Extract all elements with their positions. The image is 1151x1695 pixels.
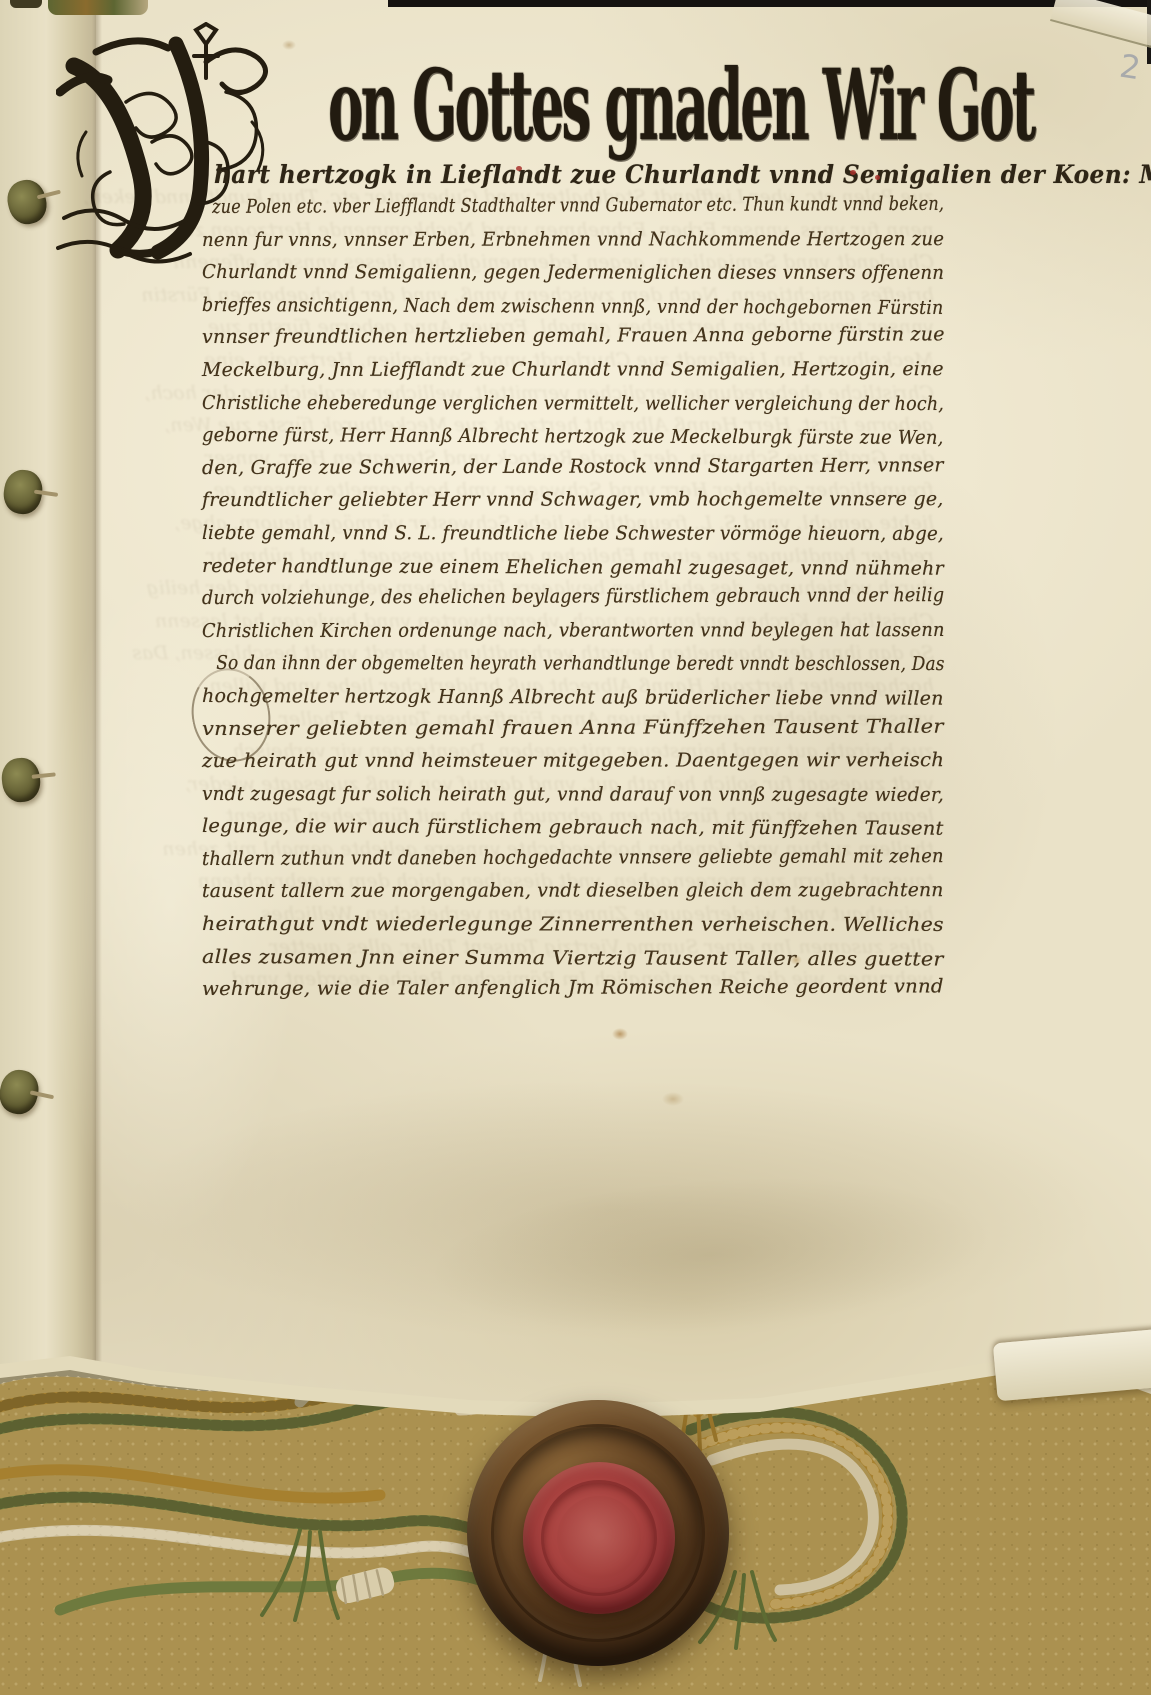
manuscript-line: liebte gemahl, vnnd S. L. freundtliche l… [202, 522, 962, 555]
manuscript-line-text: hochgemelter hertzogk Hannß Albrecht auß… [202, 685, 944, 710]
manuscript-line: zue Polen etc. vber Liefflandt Stadthalt… [202, 196, 962, 229]
manuscript-line-text: den, Graffe zue Schwerin, der Lande Rost… [202, 454, 944, 479]
cord-peek-top-left [10, 0, 42, 8]
manuscript-line-text: vndt zugesagt fur solich heirath gut, vn… [202, 783, 944, 806]
manuscript-line: durch volziehunge, des ehelichen beylage… [202, 587, 962, 620]
manuscript-line-text: nenn fur vnns, vnnser Erben, Erbnehmen v… [202, 228, 944, 251]
scan-edge-strip [388, 0, 1151, 7]
heading-line2: hart hertzogk in Lieflandt zue Churlandt… [214, 160, 1151, 189]
manuscript-line: thallern zuthun vndt daneben hochgedacht… [202, 848, 962, 881]
manuscript-line: So dan ihnn der obgemelten heyrath verha… [202, 652, 962, 685]
manuscript-line: Christlichen Kirchen ordenunge nach, vbe… [202, 620, 962, 653]
manuscript-line: geborne fürst, Herr Hannß Albrecht hertz… [202, 424, 962, 457]
manuscript-line-text: So dan ihnn der obgemelten heyrath verha… [202, 652, 945, 675]
manuscript-line: legunge, die wir auch fürstlichem gebrau… [202, 815, 962, 848]
heading-line2-text: hart hertzogk in Lieflandt zue Churlandt… [214, 160, 1151, 189]
manuscript-line: vnnserer geliebten gemahl frauen Anna Fü… [202, 718, 962, 751]
body-text: zue Polen etc. vber Liefflandt Stadthalt… [202, 196, 962, 1011]
manuscript-line-text: Meckelburg, Jnn Liefflandt zue Churlandt… [202, 358, 944, 381]
manuscript-line: vnnser freundtlichen hertzlieben gemahl,… [202, 326, 962, 359]
manuscript-line: Meckelburg, Jnn Liefflandt zue Churlandt… [202, 359, 962, 392]
manuscript-line-text: Christlichen Kirchen ordenunge nach, vbe… [202, 619, 945, 642]
manuscript-line-text: vnnser freundtlichen hertzlieben gemahl,… [202, 324, 945, 349]
manuscript-line-text: durch volziehunge, des ehelichen beylage… [202, 584, 944, 609]
manuscript-line-text: heirathgut vndt wiederlegunge Zinnerrent… [202, 913, 944, 936]
manuscript-line: heirathgut vndt wiederlegunge Zinnerrent… [202, 913, 962, 946]
manuscript-line-text: vnnserer geliebten gemahl frauen Anna Fü… [202, 715, 944, 739]
manuscript-line: Churlandt vnnd Semigalienn, gegen Jederm… [202, 261, 962, 294]
cord-wrap-knot [334, 1565, 397, 1605]
manuscript-line: tausent tallern zue morgengaben, vndt di… [202, 880, 962, 913]
manuscript-line: wehrunge, wie die Taler anfenglich Jm Rö… [202, 978, 962, 1011]
manuscript-line-text: legunge, die wir auch fürstlichem gebrau… [202, 815, 944, 840]
manuscript-line-text: redeter handtlunge zue einem Ehelichen g… [202, 555, 944, 580]
manuscript-line-text: geborne fürst, Herr Hannß Albrecht hertz… [202, 424, 944, 449]
heading-line1: on Gottes gnaden Wir Got [328, 50, 1034, 163]
manuscript-line: redeter handtlunge zue einem Ehelichen g… [202, 555, 962, 588]
red-ink-dot [850, 170, 856, 175]
manuscript-line: Christliche eheberedunge verglichen verm… [202, 392, 962, 425]
manuscript-line-text: zue heirath gut vnnd heimsteuer mitgegeb… [202, 749, 944, 772]
red-ink-dot [516, 166, 522, 171]
cord-peek-top-left [48, 0, 148, 15]
manuscript-line: vndt zugesagt fur solich heirath gut, vn… [202, 783, 962, 816]
manuscript-line: hochgemelter hertzogk Hannß Albrecht auß… [202, 685, 962, 718]
manuscript-line: nenn fur vnns, vnnser Erben, Erbnehmen v… [202, 229, 962, 262]
manuscript-line: alles zusamen Jnn einer Summa Viertzig T… [202, 946, 962, 979]
seal-wax-disc [523, 1462, 675, 1614]
manuscript-line: freundtlicher geliebter Herr vnnd Schwag… [202, 489, 962, 522]
manuscript-line-text: wehrunge, wie die Taler anfenglich Jm Rö… [202, 976, 944, 1001]
seal-impression-center [557, 1496, 641, 1580]
manuscript-line: brieffes ansichtigenn, Nach dem zwischen… [202, 294, 962, 327]
manuscript-scan: 2 on Gottes gnaden Wir Got hart hertzogk… [0, 0, 1151, 1695]
ink-stain [282, 40, 296, 50]
manuscript-line: den, Graffe zue Schwerin, der Lande Rost… [202, 457, 962, 490]
manuscript-line-text: Christliche eheberedunge verglichen verm… [202, 392, 944, 415]
manuscript-line-text: liebte gemahl, vnnd S. L. freundtliche l… [202, 522, 944, 545]
manuscript-line-text: zue Polen etc. vber Liefflandt Stadthalt… [202, 193, 944, 218]
ink-stain [662, 1092, 684, 1106]
manuscript-line-text: thallern zuthun vndt daneben hochgedacht… [202, 845, 944, 870]
manuscript-line: zue heirath gut vnnd heimsteuer mitgegeb… [202, 750, 962, 783]
ink-stain [790, 955, 802, 965]
manuscript-line-text: tausent tallern zue morgengaben, vndt di… [202, 880, 944, 903]
manuscript-line-text: brieffes ansichtigenn, Nach dem zwischen… [202, 294, 944, 319]
ink-stain [612, 1028, 628, 1040]
manuscript-line-text: freundtlicher geliebter Herr vnnd Schwag… [202, 488, 944, 511]
red-ink-dot [875, 175, 880, 180]
wax-seal [467, 1400, 729, 1666]
manuscript-line-text: Churlandt vnnd Semigalienn, gegen Jederm… [202, 261, 944, 284]
manuscript-line-text: alles zusamen Jnn einer Summa Viertzig T… [202, 946, 944, 970]
